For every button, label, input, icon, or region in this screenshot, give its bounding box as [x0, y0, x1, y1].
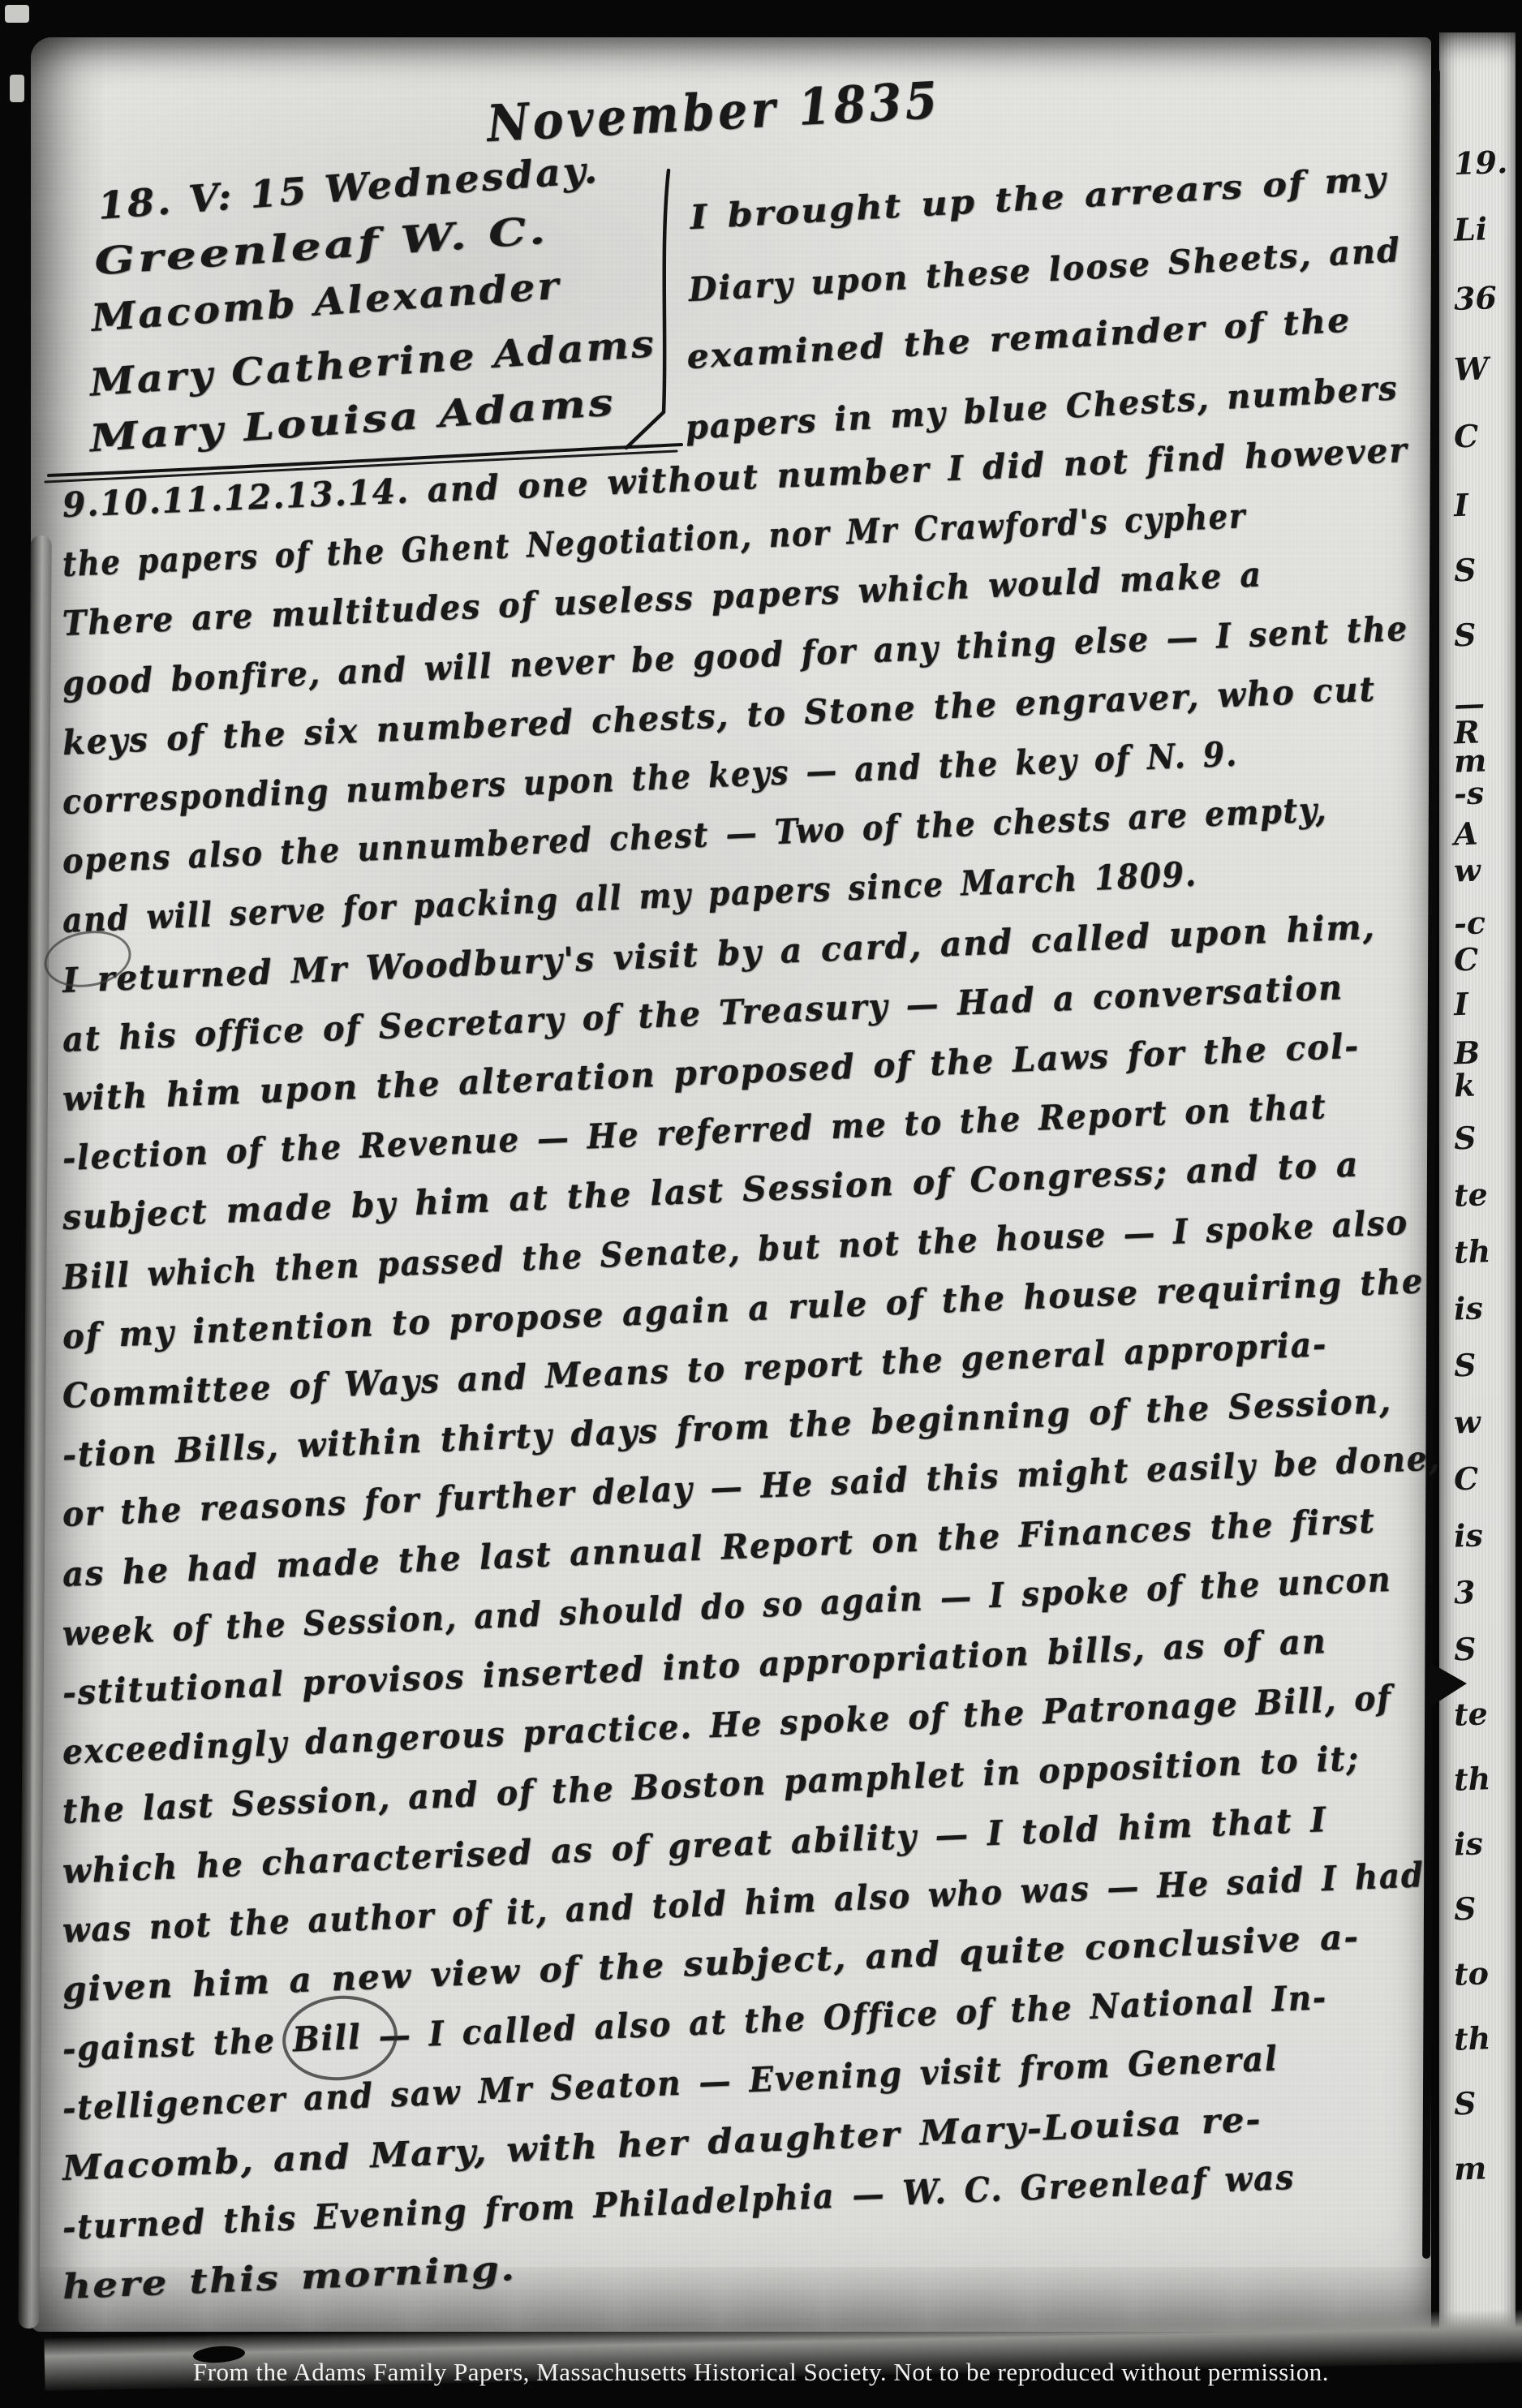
margin-fragment: S	[1453, 1890, 1477, 1928]
margin-fragment: m	[1453, 2149, 1487, 2187]
margin-fragment: th	[1453, 1760, 1491, 1798]
spine-highlight-mark	[10, 75, 24, 102]
margin-fragment: S	[1453, 2085, 1477, 2122]
margin-fragment: I	[1453, 986, 1468, 1023]
margin-fragment: A	[1453, 815, 1478, 852]
spine-highlight-mark	[5, 5, 29, 23]
margin-fragment: S	[1453, 1120, 1477, 1157]
margin-fragment: is	[1453, 1825, 1483, 1862]
margin-fragment: w	[1453, 1403, 1481, 1440]
margin-fragment: -c	[1453, 904, 1485, 941]
margin-fragment: C	[1453, 940, 1479, 978]
margin-fragment: is	[1453, 1289, 1483, 1327]
margin-fragment: to	[1453, 1954, 1489, 1992]
margin-fragment: 36	[1453, 279, 1497, 317]
margin-fragment: Li	[1453, 210, 1488, 247]
margin-fragment: S	[1453, 617, 1477, 654]
scanned-diary-page: November 1835 18. V: 15 Wednesday. Green…	[0, 0, 1522, 2408]
credit-caption: From the Adams Family Papers, Massachuse…	[0, 2358, 1522, 2387]
margin-fragment: W	[1453, 350, 1489, 387]
margin-fragment: I	[1453, 487, 1468, 524]
margin-fragment: C	[1453, 1460, 1479, 1497]
margin-fragment: S	[1453, 1631, 1477, 1668]
margin-fragment: th	[1453, 1232, 1491, 1271]
margin-fragment: is	[1453, 1516, 1483, 1554]
margin-fragment: 19.	[1453, 144, 1508, 182]
margin-fragment: w	[1453, 851, 1481, 888]
margin-fragment: -s	[1453, 774, 1485, 811]
margin-fragment: 3	[1453, 1574, 1476, 1611]
margin-fragment: S	[1453, 552, 1477, 589]
margin-fragment: th	[1453, 2019, 1491, 2058]
margin-fragment: S	[1453, 1347, 1477, 1384]
margin-fragment: te	[1453, 1695, 1488, 1732]
margin-fragment: B	[1453, 1034, 1481, 1071]
margin-fragment: k	[1453, 1067, 1476, 1104]
margin-fragment: C	[1453, 417, 1479, 454]
margin-fragment: te	[1453, 1176, 1488, 1213]
